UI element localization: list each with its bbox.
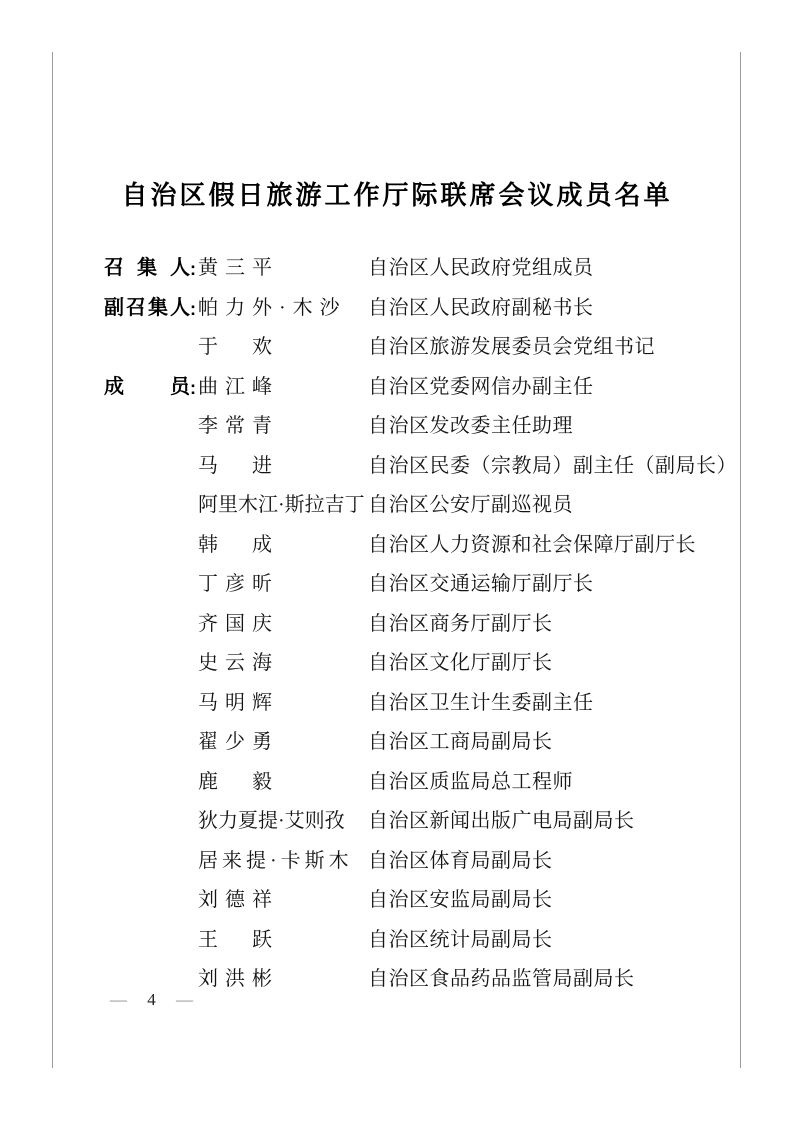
member-name: 马 进 [198, 455, 368, 478]
member-position: 自治区卫生计生委副主任 [368, 692, 688, 715]
member-name: 于 欢 [198, 336, 368, 359]
member-row: 王 跃 自治区统计局副局长 [104, 929, 688, 969]
role-label: 召集人 [104, 257, 190, 280]
member-position: 自治区民委（宗教局）副主任（副局长） [368, 455, 737, 478]
member-row: 居来提·卡斯木 自治区体育局副局长 [104, 850, 688, 890]
member-position: 自治区交通运输厅副厅长 [368, 573, 688, 596]
member-row: 马明辉 自治区卫生计生委副主任 [104, 692, 688, 732]
page-number-right-dash: — [176, 990, 198, 1009]
member-row: 副召集人 : 帕力外·木沙 自治区人民政府副秘书长 [104, 297, 688, 337]
member-list: 召集人 : 黄三平 自治区人民政府党组成员 副召集人 : 帕力外·木沙 自治区人… [104, 257, 688, 1008]
member-name: 李常青 [198, 415, 368, 438]
member-row: 丁彦昕 自治区交通运输厅副厅长 [104, 573, 688, 613]
page-number-value: 4 [141, 990, 167, 1009]
member-row: 于 欢 自治区旅游发展委员会党组书记 [104, 336, 688, 376]
member-name: 刘洪彬 [198, 968, 368, 991]
member-row: 翟少勇 自治区工商局副局长 [104, 731, 688, 771]
page-number-left-dash: — [110, 990, 132, 1009]
member-position: 自治区工商局副局长 [368, 731, 688, 754]
member-position: 自治区质监局总工程师 [368, 771, 688, 794]
member-name: 马明辉 [198, 692, 368, 715]
member-position: 自治区公安厅副巡视员 [368, 494, 688, 517]
member-name: 黄三平 [198, 257, 368, 280]
member-row: 狄力夏提·艾则孜 自治区新闻出版广电局副局长 [104, 810, 688, 850]
member-row: 马 进 自治区民委（宗教局）副主任（副局长） [104, 455, 688, 495]
member-name: 韩 成 [198, 534, 368, 557]
member-row: 李常青 自治区发改委主任助理 [104, 415, 688, 455]
member-position: 自治区新闻出版广电局副局长 [368, 810, 688, 833]
member-name: 帕力外·木沙 [198, 297, 368, 320]
member-name: 狄力夏提·艾则孜 [198, 810, 368, 833]
member-row: 召集人 : 黄三平 自治区人民政府党组成员 [104, 257, 688, 297]
member-name: 王 跃 [198, 929, 368, 952]
role-colon: : [190, 297, 198, 322]
member-position: 自治区人民政府党组成员 [368, 257, 688, 280]
document-title: 自治区假日旅游工作厅际联席会议成员名单 [52, 181, 742, 211]
member-row: 成员 : 曲江峰 自治区党委网信办副主任 [104, 376, 688, 416]
member-row: 韩 成 自治区人力资源和社会保障厅副厅长 [104, 534, 688, 574]
role-colon: : [190, 257, 198, 282]
member-row: 鹿 毅 自治区质监局总工程师 [104, 771, 688, 811]
member-position: 自治区商务厅副厅长 [368, 613, 688, 636]
member-position: 自治区党委网信办副主任 [368, 376, 688, 399]
member-name: 史云海 [198, 652, 368, 675]
member-name: 齐国庆 [198, 613, 368, 636]
member-position: 自治区发改委主任助理 [368, 415, 688, 438]
member-name: 阿里木江·斯拉吉丁 [198, 494, 368, 517]
member-name: 翟少勇 [198, 731, 368, 754]
member-row: 史云海 自治区文化厅副厅长 [104, 652, 688, 692]
role-label: 副召集人 [104, 297, 190, 320]
member-position: 自治区统计局副局长 [368, 929, 688, 952]
member-position: 自治区体育局副局长 [368, 850, 688, 873]
role-label: 成员 [104, 376, 190, 399]
member-name: 鹿 毅 [198, 771, 368, 794]
member-row: 刘德祥 自治区安监局副局长 [104, 889, 688, 929]
member-position: 自治区文化厅副厅长 [368, 652, 688, 675]
member-position: 自治区安监局副局长 [368, 889, 688, 912]
role-colon: : [190, 376, 198, 401]
member-name: 曲江峰 [198, 376, 368, 399]
member-name: 刘德祥 [198, 889, 368, 912]
member-row: 齐国庆 自治区商务厅副厅长 [104, 613, 688, 653]
member-name: 居来提·卡斯木 [198, 850, 368, 873]
page-number: — 4 — [110, 990, 198, 1010]
member-position: 自治区人民政府副秘书长 [368, 297, 688, 320]
member-position: 自治区旅游发展委员会党组书记 [368, 336, 688, 359]
member-position: 自治区人力资源和社会保障厅副厅长 [368, 534, 696, 557]
member-row: 阿里木江·斯拉吉丁 自治区公安厅副巡视员 [104, 494, 688, 534]
member-position: 自治区食品药品监管局副局长 [368, 968, 688, 991]
member-name: 丁彦昕 [198, 573, 368, 596]
